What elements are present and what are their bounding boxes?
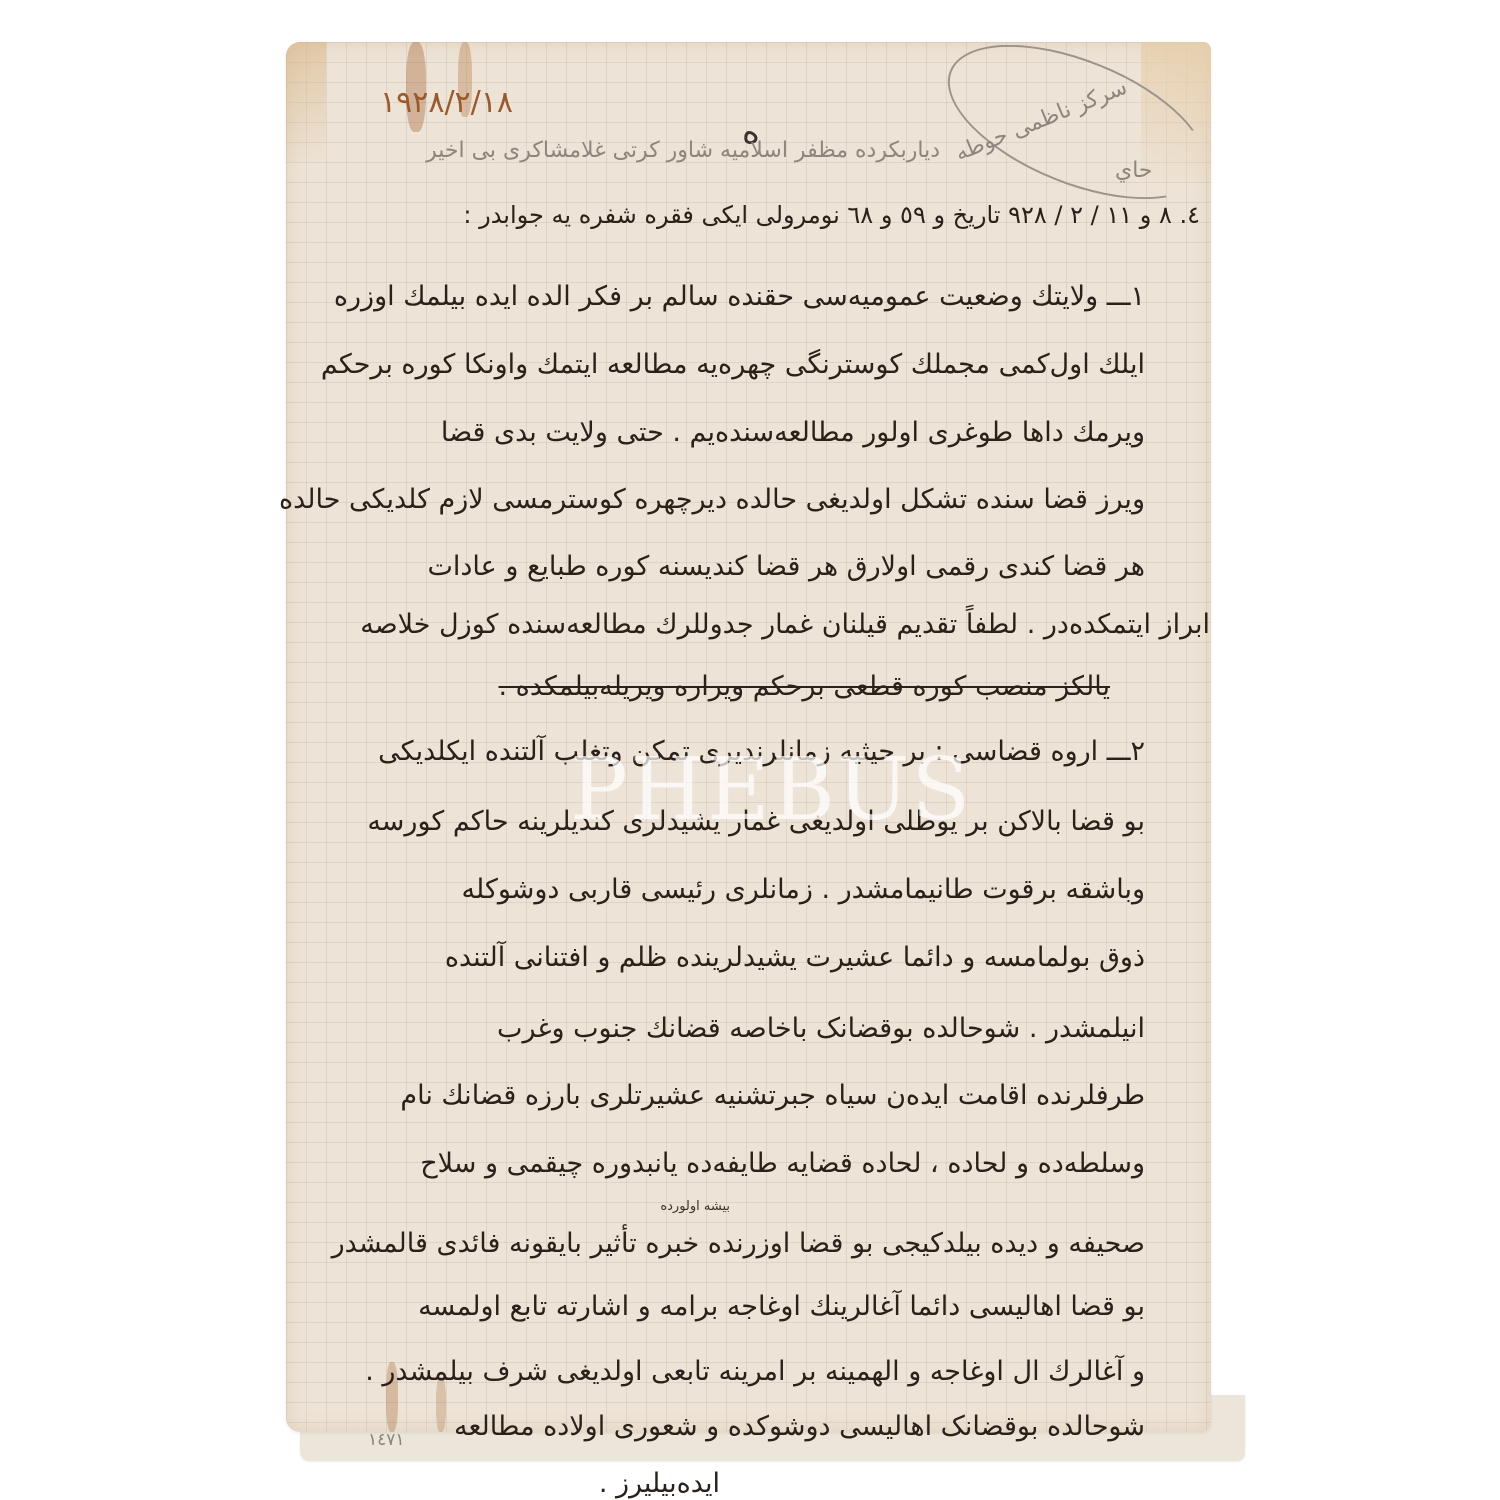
body-line: انیلمشدر . شوحالده بوقضانک باخاصه قضانك … bbox=[497, 1015, 1145, 1042]
margin-note-label: حاي bbox=[1115, 160, 1153, 182]
body-line: ابراز ایتمکده‌در . لطفاً تقدیم قیلنان غم… bbox=[360, 611, 1210, 638]
body-line: ایده‌بیلیرز . bbox=[599, 1470, 720, 1497]
body-line: یالکز منصب کوره قطعی برحکم ویراره ویریله… bbox=[499, 673, 1110, 700]
body-line: ویرمك داها طوغری اولور مطالعه‌سنده‌یم . … bbox=[441, 419, 1145, 446]
reference-line: ٤. ٨ و ١١ / ٢ / ٩٢٨ تاریخ و ٥٩ و ٦٨ نومر… bbox=[463, 203, 1200, 227]
body-line: هر قضا کندی رقمی اولارق هر قضا کندیسنه ک… bbox=[427, 553, 1145, 580]
body-line: ویرز قضا سنده تشکل اولدیغی حالده دیرچهره… bbox=[279, 486, 1145, 513]
body-line: وباشقه برقوت طانیمامشدر . زمانلری رئیسی … bbox=[462, 876, 1145, 903]
body-line: و آغالرك ال اوغاجه و الهمینه بر امرینه ت… bbox=[365, 1358, 1145, 1385]
body-line: صحیفه و دیده بیلدکیجی بو قضا اوزرنده خبر… bbox=[332, 1230, 1145, 1257]
archive-number: ١٤٧١ bbox=[368, 1430, 405, 1450]
pencil-heading: دیاربکرده مظفر اسلامیه شاور کرتی غلامشاک… bbox=[426, 140, 940, 162]
body-line: طرفلرنده اقامت ایده‌ن سیاه جبرتشنیه عشیر… bbox=[400, 1082, 1145, 1109]
body-line: وسلطه‌ده و لحاده ، لحاده قضایه طایفه‌ده … bbox=[420, 1150, 1145, 1177]
body-line: ١ـــ ولایتك وضعیت عمومیه‌سی حقنده سالم ب… bbox=[334, 283, 1145, 310]
body-line: ذوق بولمامسه و دائما عشیرت یشیدلرینده ظل… bbox=[445, 944, 1145, 971]
body-line: ایلك اول‌کمی مجملك کوسترنگی چهره‌یه مطال… bbox=[321, 351, 1145, 378]
body-line: شوحالده بوقضانک اهالیسی دوشوکده و شعوری … bbox=[454, 1413, 1145, 1440]
page-fold-top-left bbox=[286, 42, 326, 162]
interlinear-insert: بیشه اولورده bbox=[660, 1200, 730, 1213]
date-header: ١٩٢٨/٢/١٨ bbox=[380, 88, 513, 118]
watermark: PHEBUS bbox=[570, 740, 972, 840]
body-line: بو قضا اهالیسی دائما آغالرینك اوغاجه برا… bbox=[418, 1293, 1145, 1320]
